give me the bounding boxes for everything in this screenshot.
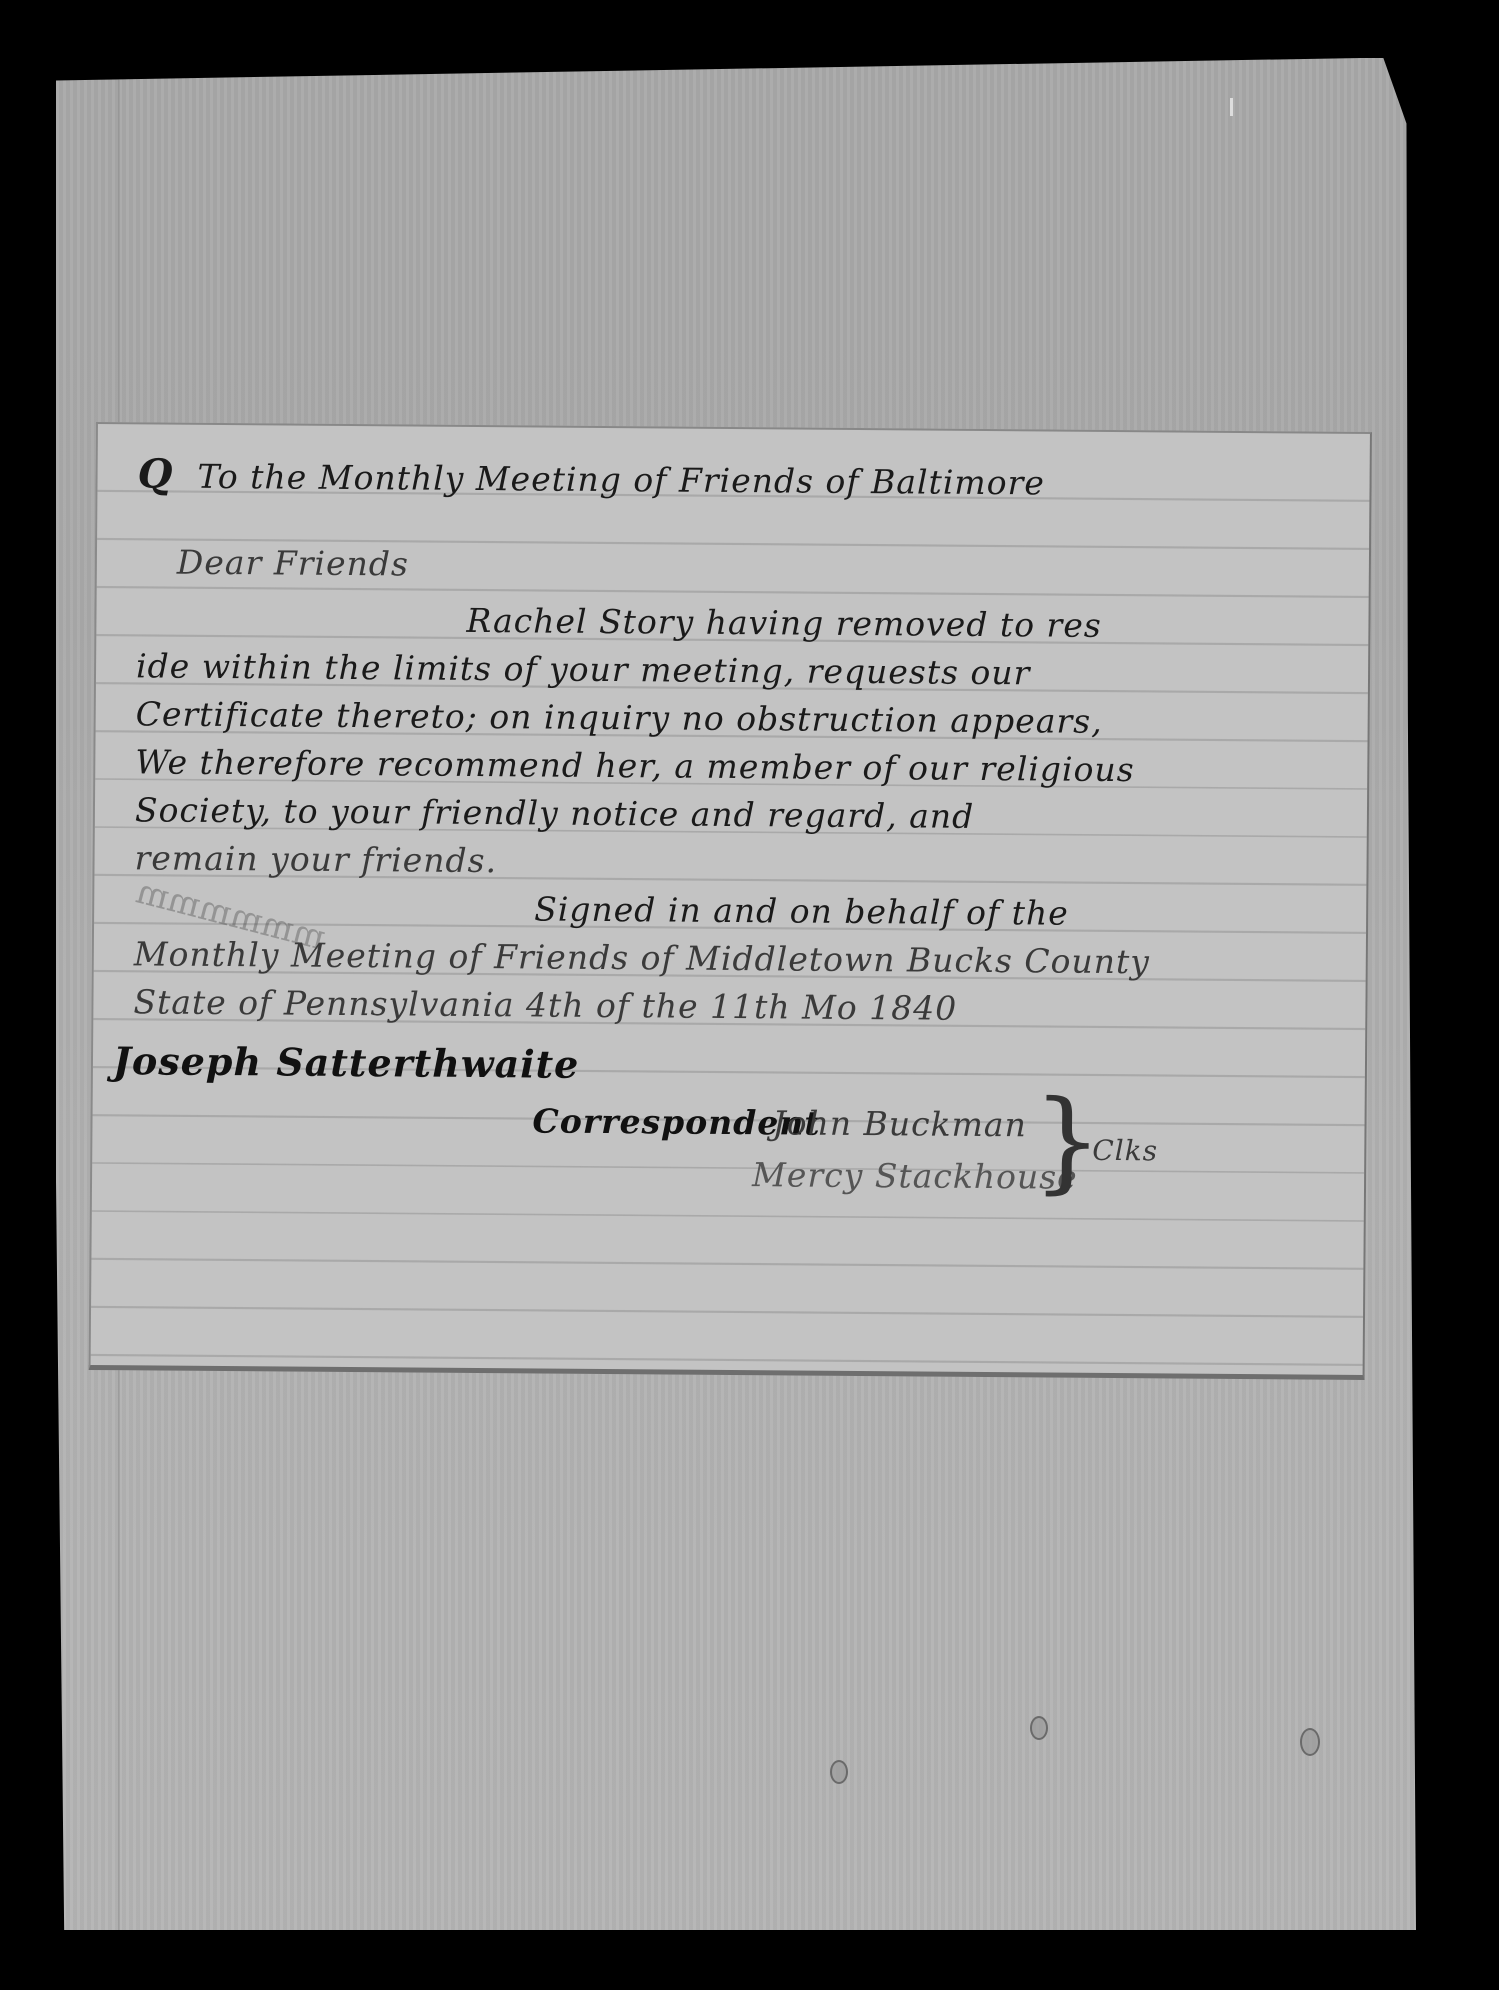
- clerks-suffix: Clks: [1092, 1134, 1158, 1168]
- paper-speck: [1230, 98, 1233, 116]
- body-line-1: Rachel Story having removed to res: [466, 601, 1102, 645]
- margin-mark: Q: [137, 450, 173, 497]
- body-line-3: Certificate thereto; on inquiry no obstr…: [136, 694, 1103, 741]
- signing-line-2: Monthly Meeting of Friends of Middletown…: [134, 934, 1150, 981]
- paper-stain: [1300, 1728, 1320, 1756]
- scan-frame: mmmmmm QTo the Monthly Meeting of Friend…: [0, 0, 1499, 1990]
- paper-stain: [1030, 1716, 1048, 1740]
- paper-stain: [830, 1760, 848, 1784]
- letter-content: QTo the Monthly Meeting of Friends of Ba…: [138, 450, 1340, 459]
- body-line-2: ide within the limits of your meeting, r…: [136, 646, 1031, 692]
- clerk-signature-1: John Buckman: [772, 1103, 1027, 1144]
- greeting: Dear Friends: [177, 543, 409, 584]
- signing-line-1: Signed in and on behalf of the: [534, 889, 1069, 932]
- body-line-4: We therefore recommend her, a member of …: [135, 742, 1135, 789]
- signing-line-3: State of Pennsylvania 4th of the 11th Mo…: [133, 982, 957, 1027]
- signatory-signature: Joseph Satterthwaite: [113, 1038, 580, 1087]
- body-line-5: Society, to your friendly notice and reg…: [135, 790, 975, 836]
- letter-sheet: mmmmmm QTo the Monthly Meeting of Friend…: [89, 422, 1372, 1380]
- address-line: QTo the Monthly Meeting of Friends of Ba…: [137, 450, 1045, 504]
- clerk-signature-2: Mercy Stackhouse: [752, 1155, 1078, 1197]
- addressee: To the Monthly Meeting of Friends of Bal…: [197, 457, 1045, 503]
- body-line-6: remain your friends.: [134, 838, 497, 880]
